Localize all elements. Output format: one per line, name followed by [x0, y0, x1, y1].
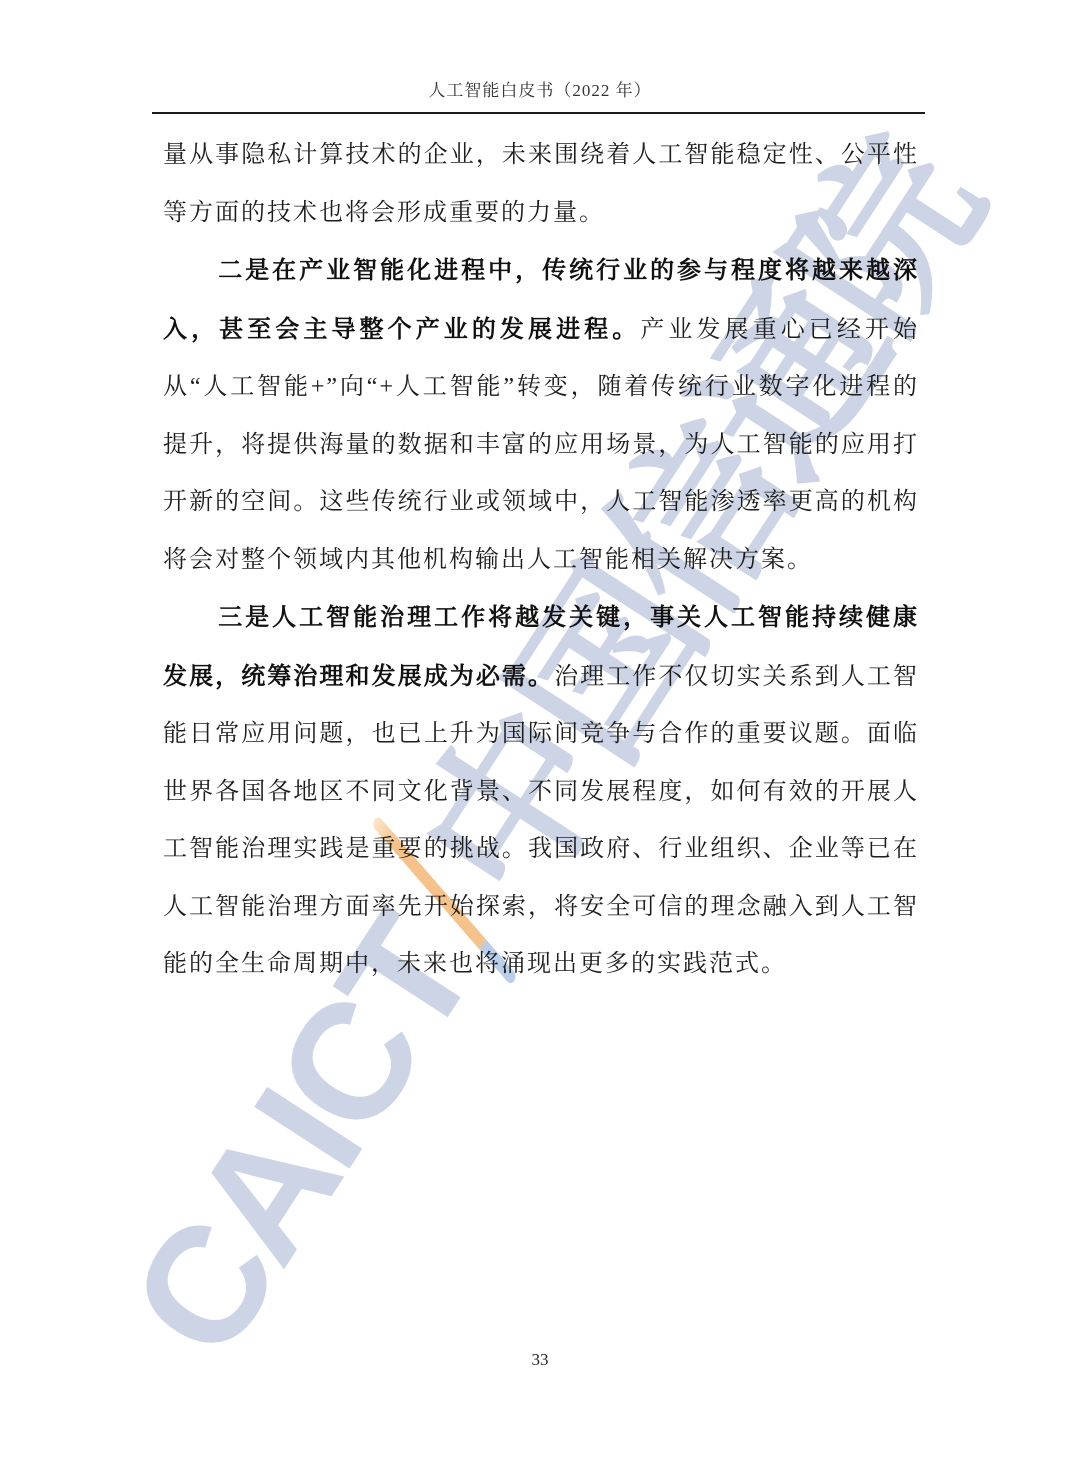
body-text: 量从事隐私计算技术的企业，未来围绕着人工智能稳定性、公平性等方面的技术也将会形成… — [163, 127, 919, 994]
header-rule — [152, 112, 925, 114]
paragraph-1-text: 量从事隐私计算技术的企业，未来围绕着人工智能稳定性、公平性等方面的技术也将会形成… — [163, 142, 919, 226]
paragraph-3-text: 治理工作不仅切实关系到人工智能日常应用问题，也已上升为国际间竞争与合作的重要议题… — [163, 664, 919, 978]
page-header-title: 人工智能白皮书（2022 年） — [0, 76, 1080, 101]
paragraph-3: 三是人工智能治理工作将越发关键，事关人工智能持续健康发展，统筹治理和发展成为必需… — [163, 589, 919, 994]
paragraph-2: 二是在产业智能化进程中，传统行业的参与程度将越来越深入，甚至会主导整个产业的发展… — [163, 242, 919, 589]
paragraph-1: 量从事隐私计算技术的企业，未来围绕着人工智能稳定性、公平性等方面的技术也将会形成… — [163, 127, 919, 242]
document-page: CAICT 中国信通院 人工智能白皮书（2022 年） 量从事隐私计算技术的企业… — [0, 0, 1080, 1466]
page-number: 33 — [0, 1350, 1080, 1370]
paragraph-2-text: 产业发展重心已经开始从“人工智能+”向“+人工智能”转变，随着传统行业数字化进程… — [163, 317, 919, 573]
